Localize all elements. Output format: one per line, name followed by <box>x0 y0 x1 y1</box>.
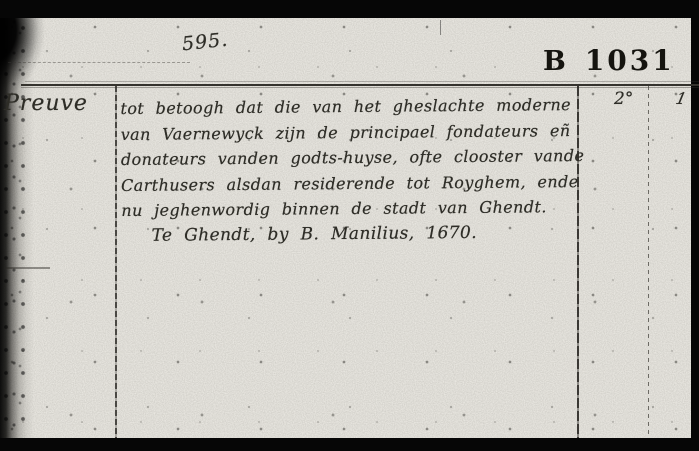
entry-line: nu jeghenwordig binnen de stadt van Ghen… <box>121 194 581 224</box>
header-rule <box>21 84 699 86</box>
imprint-line: Te Ghendt, by B. Manilius, 1670. <box>121 220 581 250</box>
header-rule-echo <box>25 81 699 82</box>
folio-underline <box>8 62 190 63</box>
register-mark-number: 1031 <box>585 44 675 77</box>
register-mark-letter: B <box>543 46 566 77</box>
margin-label: Preuve <box>4 91 88 116</box>
format-note: 2° <box>614 89 633 109</box>
entry-line: van Vaernewyck zijn de principael fondat… <box>121 118 581 148</box>
entry-line: Carthusers alsdan residerende tot Royghe… <box>121 169 581 199</box>
scan-scratch <box>440 20 441 35</box>
scanned-catalog-card: 595. B 1031 Preuve tot betoogh dat die v… <box>0 0 699 451</box>
entry-line: donateurs vanden godts-huyse, ofte cloos… <box>121 143 581 173</box>
entry-text: tot betoogh dat die van het gheslachte m… <box>120 92 581 250</box>
column-divider-dotted <box>648 86 649 438</box>
register-mark: B 1031 <box>543 44 675 77</box>
entry-line: tot betoogh dat die van het gheslachte m… <box>120 92 580 122</box>
column-divider-left <box>115 86 117 438</box>
stray-mark <box>6 267 50 269</box>
header-rule-echo <box>21 87 699 88</box>
